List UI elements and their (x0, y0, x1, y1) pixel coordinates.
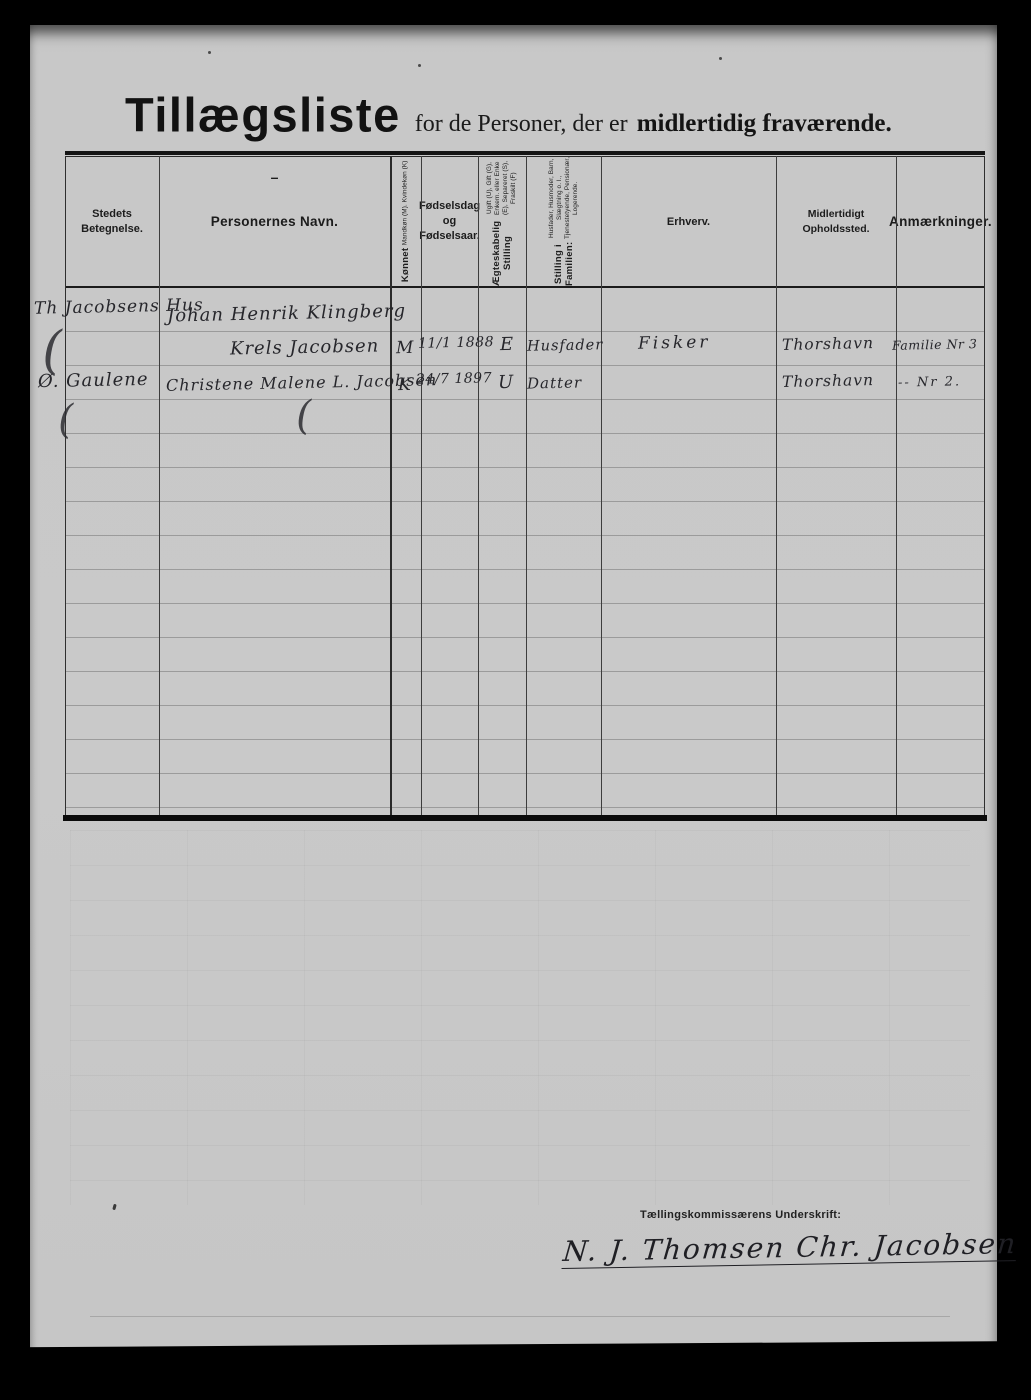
handwriting-flourish: ( (41, 321, 64, 381)
column-border (776, 156, 777, 818)
header-dash: – (271, 169, 279, 185)
header-label: Fødselsaar. (419, 229, 480, 244)
table-border (984, 156, 985, 818)
column-border (526, 156, 527, 818)
header-label: Kønnet (400, 248, 411, 283)
header-stedets-betegnelse: Stedets Betegnelse. (65, 157, 159, 286)
handwriting-flourish: ( (296, 393, 314, 439)
handwritten-remark-row2: -- Nr 2. (898, 374, 961, 390)
title-rule (65, 151, 985, 155)
table-body (65, 287, 985, 818)
header-aegteskabelig-stilling: Ægteskabelig Stilling Ugift (U), Gift (G… (478, 157, 526, 286)
header-label: Midlertidigt (808, 207, 865, 221)
header-fodselsdag: Fødselsdag og Fødselsaar. (421, 157, 478, 286)
handwritten-family-position-row1: Husfader (527, 337, 604, 355)
header-sublabel: Ugift (U), Gift (G), Enkem. eller Enke (… (486, 157, 518, 219)
handwriting-flourish: ( (58, 397, 76, 443)
header-erhverv: Erhverv. (601, 157, 776, 286)
header-label: Personernes Navn. (211, 214, 338, 229)
column-border (478, 156, 479, 818)
header-konnet: Kønnet Mandkøn (M). Kvindekøn (K) (390, 157, 421, 286)
bleed-through-grid (70, 830, 970, 1205)
handwritten-residence-row1: Thorshavn (782, 334, 874, 354)
page-title-bold: midlertidig fraværende. (637, 110, 892, 138)
header-anmaerkninger: Anmærkninger. (896, 157, 985, 286)
header-label: Ægteskabelig Stilling (491, 221, 513, 286)
header-sublabel: Husfader, Husmoder, Barn, Slægtning o. l… (548, 157, 580, 240)
header-midlertidigt-opholdssted: Midlertidigt Opholdssted. (776, 157, 896, 286)
census-table: Stedets Betegnelse. – Personernes Navn. … (65, 156, 985, 818)
handwritten-name-row1-line2: Krels Jacobsen (230, 335, 380, 359)
handwritten-residence-row2: Thorshavn (782, 371, 874, 391)
page-title-main: Tillægsliste (125, 86, 401, 142)
header-label: Stedets Betegnelse. (65, 207, 159, 237)
handwritten-family-position-row2: Datter (527, 373, 582, 392)
header-personernes-navn: – Personernes Navn. (159, 157, 390, 286)
handwritten-remark-row1: Familie Nr 3 (892, 336, 978, 353)
table-border (65, 156, 66, 818)
header-stilling-i-familien: Stilling i Familien: Husfader, Husmoder,… (526, 157, 601, 286)
paper-scratch-line (90, 1316, 950, 1317)
scanned-census-form-page: Tillægsliste for de Personer, der er mid… (30, 25, 997, 1362)
column-border (421, 156, 422, 818)
paper-speck (208, 51, 211, 54)
handwritten-birthdate-row1: 11/1 1888 (418, 334, 494, 352)
page-title: Tillægsliste for de Personer, der er mid… (125, 87, 985, 142)
column-border (601, 156, 602, 818)
handwritten-marital-row2: U (498, 372, 515, 393)
row-ruling (65, 331, 985, 811)
handwritten-birthdate-row2: 24/7 1897 (416, 370, 492, 388)
header-label: og (443, 214, 456, 229)
column-border (390, 156, 392, 818)
header-label: Anmærkninger. (889, 214, 992, 229)
header-label: Fødselsdag (419, 199, 480, 214)
header-label: Opholdssted. (802, 222, 869, 236)
header-label: Stilling i Familien: (553, 242, 575, 286)
commissioner-signature: N. J. Thomsen Chr. Jacobsen (562, 1227, 1019, 1268)
handwritten-marital-row1: E (500, 334, 515, 355)
column-border (896, 156, 897, 818)
table-header-row: Stedets Betegnelse. – Personernes Navn. … (65, 156, 985, 288)
table-bottom-border (63, 815, 987, 821)
handwritten-sex-row2: K (398, 375, 412, 395)
handwritten-occupation-row1: Fisker (638, 332, 711, 354)
paper-bottom-edge (18, 1341, 1031, 1393)
header-label: Erhverv. (667, 216, 710, 228)
paper-speck (418, 64, 421, 67)
ink-speck (112, 1204, 116, 1211)
signature-label: Tællingskommissærens Underskrift: (640, 1209, 841, 1221)
column-border (159, 156, 160, 818)
page-title-regular: for de Personer, der er (415, 111, 628, 138)
handwritten-sex-row1: M (396, 338, 415, 358)
paper-speck (719, 57, 722, 60)
header-sublabel: Mandkøn (M). Kvindekøn (K) (402, 161, 410, 246)
